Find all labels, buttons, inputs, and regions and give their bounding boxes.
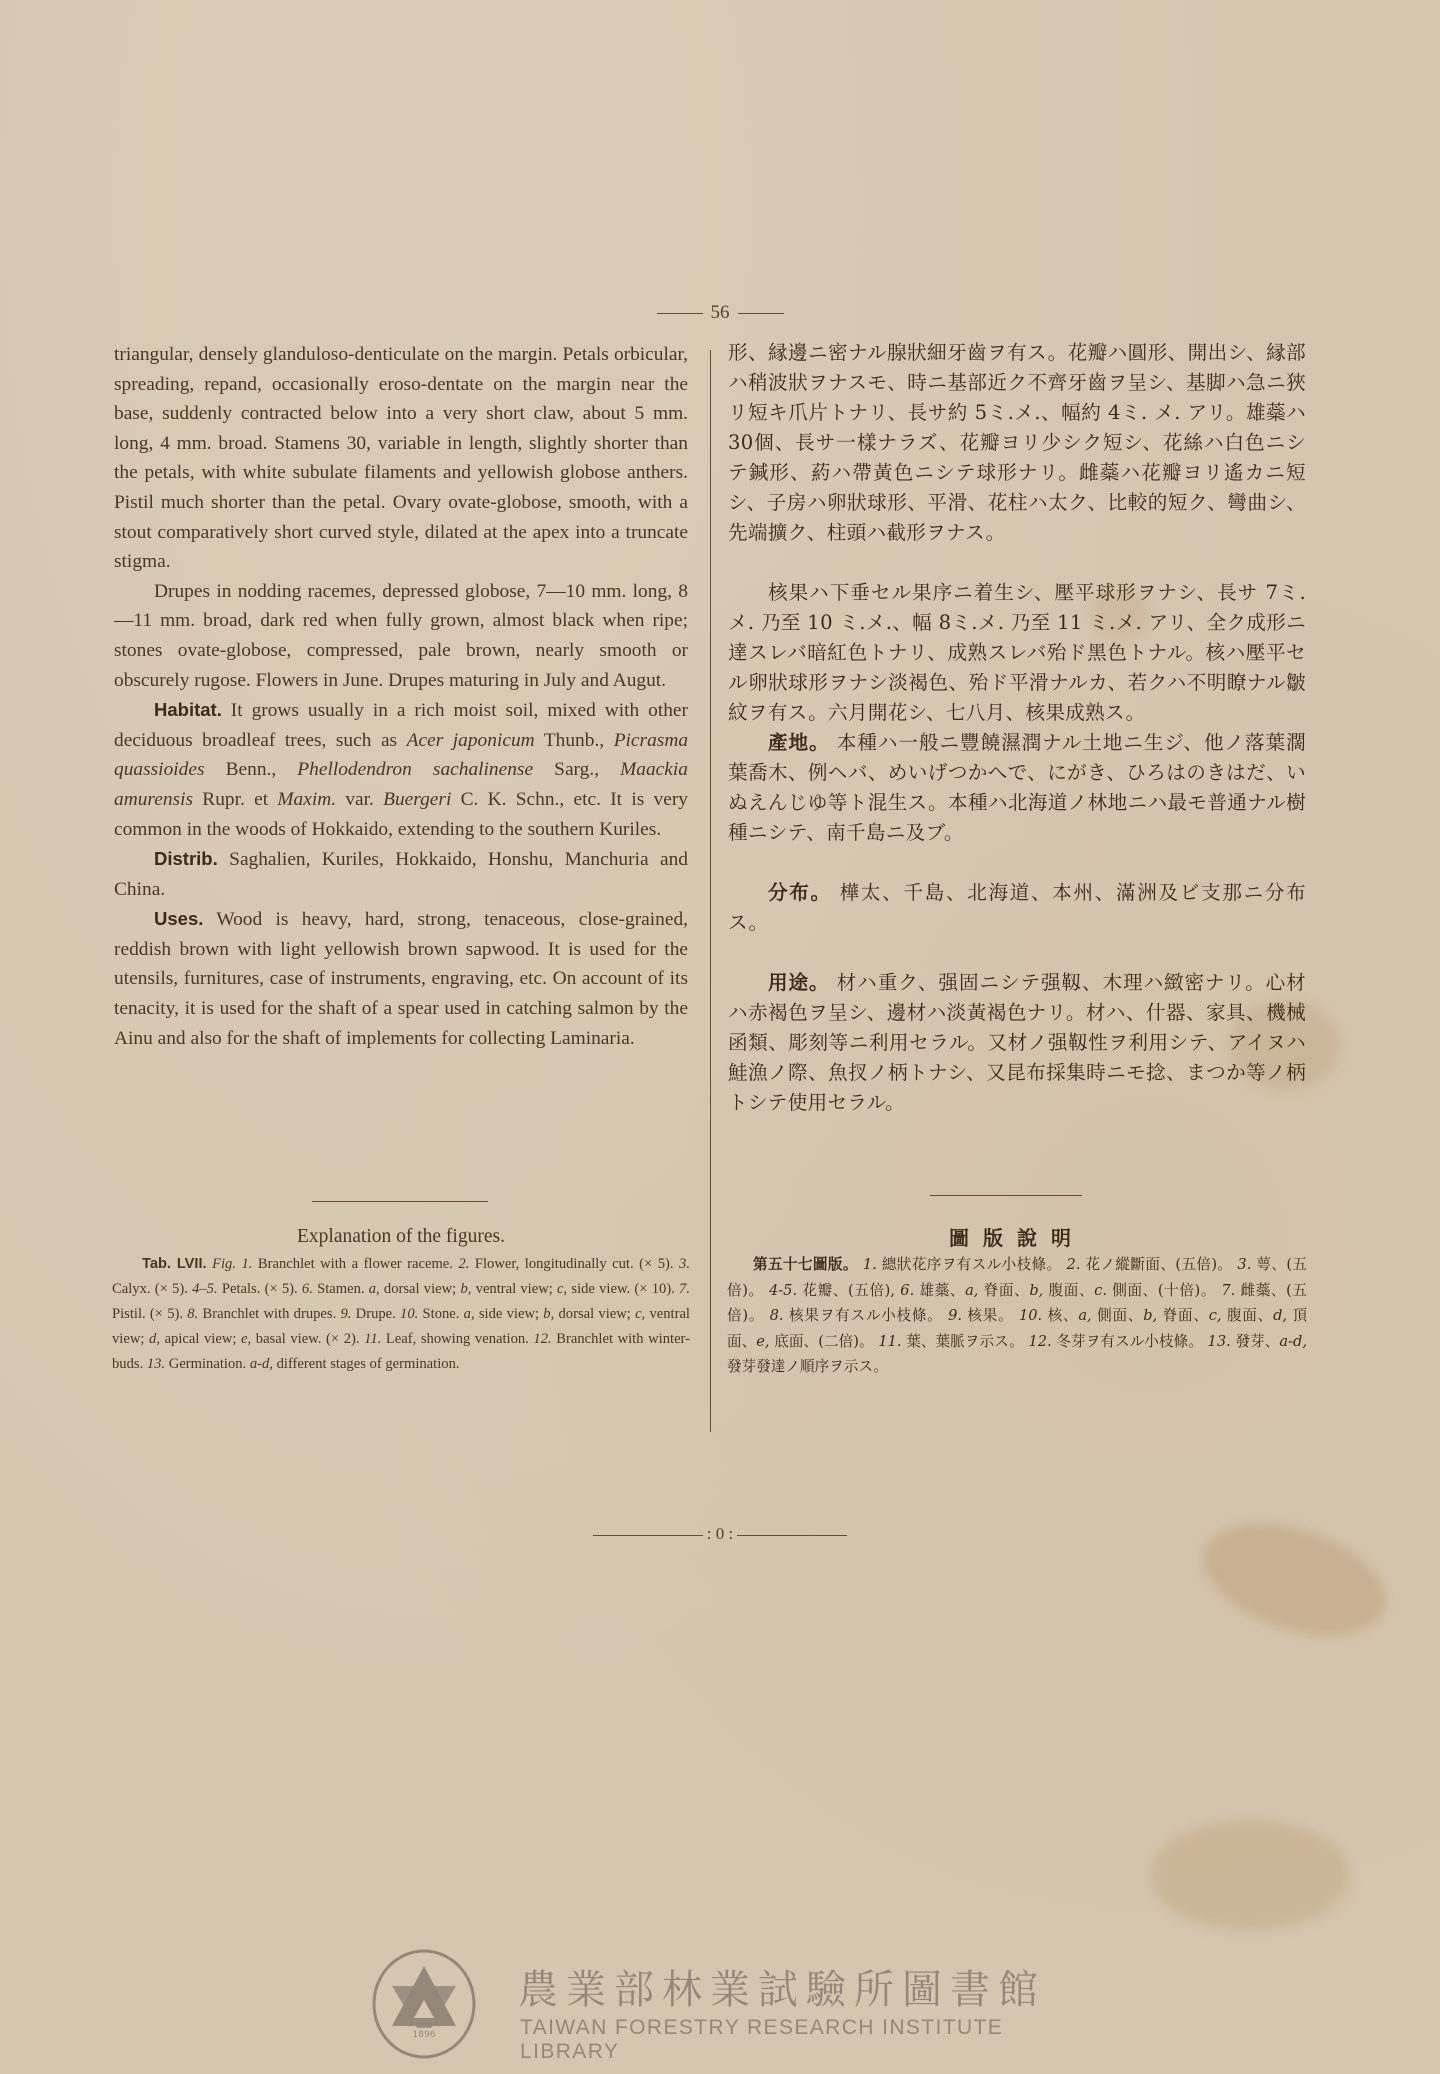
- italic-text: 9.: [948, 1307, 962, 1324]
- page-number-dash-left: [657, 313, 703, 314]
- body-text: Petals. (× 5).: [218, 1281, 302, 1297]
- italic-text: a-d,: [250, 1356, 273, 1372]
- body-text: var.: [336, 789, 383, 810]
- italic-text: c,: [1209, 1307, 1222, 1324]
- body-text: 脊面、: [1157, 1307, 1209, 1324]
- body-text: Branchlet with a flower raceme.: [252, 1256, 458, 1272]
- body-text: Leaf, showing venation.: [381, 1331, 533, 1347]
- body-text: Germination.: [165, 1356, 250, 1372]
- section-keyword: 用途。: [768, 971, 830, 994]
- italic-text: 11.: [364, 1331, 381, 1347]
- body-text: 形、縁邊ニ密ナル腺狀細牙齒ヲ有ス。花瓣ハ圓形、開出シ、縁部ハ稍波狀ヲナスモ、時ニ…: [728, 341, 1306, 544]
- body-text: 總狀花序ヲ有スル小枝條。: [877, 1256, 1067, 1273]
- body-text: Stone.: [418, 1306, 463, 1322]
- body-text: apical view;: [160, 1331, 241, 1347]
- italic-text: a,: [965, 1282, 978, 1299]
- italic-text: Fig. 1.: [212, 1256, 252, 1272]
- body-text: 側面、(十倍)。: [1107, 1282, 1221, 1299]
- svg-text:1896: 1896: [413, 2030, 436, 2040]
- end-mark-line-right: [737, 1535, 847, 1536]
- paragraph: Drupes in nodding racemes, depressed glo…: [114, 577, 688, 695]
- italic-text: 11.: [878, 1333, 901, 1350]
- body-text: ventral view;: [471, 1281, 557, 1297]
- body-text: 花ノ縱斷面、(五倍)。: [1080, 1256, 1237, 1273]
- body-text: different stages of germination.: [273, 1356, 460, 1372]
- end-mark: : 0 :: [0, 1524, 1440, 1544]
- italic-text: 13.: [147, 1356, 165, 1372]
- paragraph: 產地。 本種ハ一般ニ豐饒濕潤ナル土地ニ生ジ、他ノ落葉濶葉喬木、例ヘバ、めいげつか…: [728, 728, 1306, 848]
- italic-text: Maxim.: [277, 789, 336, 810]
- body-text: basal view. (× 2).: [251, 1331, 364, 1347]
- paragraph: triangular, densely glanduloso-denticula…: [114, 340, 688, 577]
- italic-text: 7.: [679, 1281, 690, 1297]
- body-text: 側面、: [1092, 1307, 1144, 1324]
- italic-text: 10.: [400, 1306, 418, 1322]
- body-text: 底面、(二倍)。: [770, 1333, 879, 1350]
- english-description-column: triangular, densely glanduloso-denticula…: [114, 340, 688, 1053]
- body-text: 發芽、: [1231, 1333, 1280, 1350]
- english-figures-explanation: Tab. LVII. Fig. 1. Branchlet with a flow…: [112, 1252, 690, 1377]
- italic-text: b,: [1143, 1307, 1157, 1324]
- japanese-section-rule: [930, 1195, 1082, 1196]
- italic-text: b,: [1029, 1282, 1043, 1299]
- section-keyword: 分布。: [768, 881, 832, 904]
- body-text: 冬芽ヲ有スル小枝條。: [1052, 1333, 1208, 1350]
- paragraph: 分布。 樺太、千島、北海道、本州、滿洲及ビ支那ニ分布ス。: [728, 878, 1306, 938]
- italic-text: d,: [1273, 1307, 1287, 1324]
- page-number-dash-right: [738, 313, 784, 314]
- section-keyword: Habitat.: [154, 699, 222, 720]
- body-text: triangular, densely glanduloso-denticula…: [114, 344, 688, 572]
- section-keyword: 產地。: [768, 731, 830, 754]
- paragraph: Uses. Wood is heavy, hard, strong, tenac…: [114, 904, 688, 1053]
- body-text: Drupe.: [351, 1306, 400, 1322]
- italic-text: 7.: [1221, 1282, 1235, 1299]
- body-text: Stamen.: [313, 1281, 369, 1297]
- japanese-description-column: 形、縁邊ニ密ナル腺狀細牙齒ヲ有ス。花瓣ハ圓形、開出シ、縁部ハ稍波狀ヲナスモ、時ニ…: [728, 338, 1306, 1118]
- italic-text: 9.: [340, 1306, 351, 1322]
- italic-text: 3.: [1237, 1256, 1251, 1273]
- library-watermark: 1896 農業部林業試驗所圖書館 TAIWAN FORESTRY RESEARC…: [368, 1948, 1088, 2058]
- body-text: Flower, longitudinally cut. (× 5).: [469, 1256, 679, 1272]
- italic-text: Buergeri: [383, 789, 451, 810]
- body-text: 花瓣、(五倍),: [797, 1282, 900, 1299]
- italic-text: c.: [1094, 1282, 1107, 1299]
- column-divider: [710, 350, 711, 1432]
- body-text: Rupr. et: [193, 789, 277, 810]
- body-text: 葉、葉脈ヲ示ス。: [902, 1333, 1029, 1350]
- body-text: dorsal view;: [380, 1281, 461, 1297]
- english-figures-title: Explanation of the figures.: [114, 1226, 688, 1248]
- body-text: 核果ハ下垂セル果序ニ着生シ、壓平球形ヲナシ、長サ 7ミ.メ. 乃至 10 ミ.メ…: [728, 581, 1306, 724]
- italic-text: 8.: [770, 1307, 784, 1324]
- italic-text: a-d,: [1279, 1333, 1307, 1350]
- section-keyword: 第五十七圖版。: [753, 1256, 858, 1273]
- italic-text: a,: [1078, 1307, 1091, 1324]
- italic-text: 1.: [863, 1256, 877, 1273]
- section-keyword: Uses.: [154, 908, 203, 929]
- body-text: 雄蘂、: [914, 1282, 965, 1299]
- paragraph: Habitat. It grows usually in a rich mois…: [114, 695, 688, 844]
- italic-text: 12.: [533, 1331, 551, 1347]
- body-text: Branchlet with drupes.: [198, 1306, 340, 1322]
- body-text: Drupes in nodding racemes, depressed glo…: [114, 581, 688, 691]
- paragraph: 形、縁邊ニ密ナル腺狀細牙齒ヲ有ス。花瓣ハ圓形、開出シ、縁部ハ稍波狀ヲナスモ、時ニ…: [728, 338, 1306, 548]
- paragraph: Distrib. Saghalien, Kuriles, Hokkaido, H…: [114, 844, 688, 904]
- body-text: Benn.,: [205, 759, 298, 780]
- watermark-title-chinese: 農業部林業試驗所圖書館: [518, 1958, 1046, 2015]
- italic-text: 3.: [679, 1256, 690, 1272]
- body-text: 核果。: [962, 1307, 1019, 1324]
- body-text: Pistil. (× 5).: [112, 1306, 187, 1322]
- paragraph: 用途。 材ハ重ク、强固ニシテ强靱、木理ハ緻密ナリ。心材ハ赤褐色ヲ呈シ、邊材ハ淡黃…: [728, 968, 1306, 1118]
- italic-text: b,: [543, 1306, 554, 1322]
- body-text: 脊面、: [978, 1282, 1029, 1299]
- italic-text: d,: [149, 1331, 160, 1347]
- italic-text: 12.: [1029, 1333, 1052, 1350]
- end-mark-line-left: [593, 1535, 703, 1536]
- english-section-rule: [312, 1201, 488, 1202]
- body-text: 發芽發達ノ順序ヲ示ス。: [727, 1358, 888, 1375]
- italic-text: a,: [369, 1281, 380, 1297]
- body-text: Calyx. (× 5).: [112, 1281, 192, 1297]
- body-text: 腹面、: [1222, 1307, 1274, 1324]
- body-text: 腹面、: [1043, 1282, 1094, 1299]
- italic-text: 2.: [458, 1256, 469, 1272]
- italic-text: 10.: [1019, 1307, 1042, 1324]
- body-text: side view. (× 10).: [567, 1281, 679, 1297]
- japanese-figures-explanation: 第五十七圖版。 1. 總狀花序ヲ有スル小枝條。 2. 花ノ縱斷面、(五倍)。 3…: [727, 1252, 1307, 1380]
- italic-text: c,: [635, 1306, 645, 1322]
- body-text: 核果ヲ有スル小枝條。: [784, 1307, 949, 1324]
- italic-text: a,: [464, 1306, 475, 1322]
- italic-text: e,: [241, 1331, 251, 1347]
- italic-text: 4-5.: [769, 1282, 797, 1299]
- section-keyword: Tab. LVII.: [142, 1256, 207, 1272]
- italic-text: c,: [557, 1281, 567, 1297]
- paragraph: 核果ハ下垂セル果序ニ着生シ、壓平球形ヲナシ、長サ 7ミ.メ. 乃至 10 ミ.メ…: [728, 578, 1306, 728]
- italic-text: 13.: [1208, 1333, 1231, 1350]
- body-text: Wood is heavy, hard, strong, tenaceous, …: [114, 909, 688, 1048]
- watermark-title-english: TAIWAN FORESTRY RESEARCH INSTITUTE LIBRA…: [520, 2016, 1088, 2064]
- italic-text: e,: [756, 1333, 769, 1350]
- section-keyword: Distrib.: [154, 848, 218, 869]
- body-text: side view;: [475, 1306, 544, 1322]
- italic-text: 6.: [900, 1282, 914, 1299]
- japanese-figures-title: 圖版說明: [728, 1222, 1306, 1251]
- end-mark-text: : 0 :: [707, 1524, 733, 1543]
- body-text: 核、: [1042, 1307, 1078, 1324]
- paper-stain: [1150, 1820, 1350, 1930]
- page-number: 56: [0, 302, 1440, 324]
- italic-text: 4–5.: [192, 1281, 218, 1297]
- body-text: Sarg.,: [533, 759, 620, 780]
- italic-text: 6.: [302, 1281, 313, 1297]
- italic-text: 2.: [1067, 1256, 1081, 1273]
- page-number-text: 56: [711, 302, 730, 323]
- italic-text: Phellodendron sachalinense: [297, 759, 533, 780]
- italic-text: 8.: [187, 1306, 198, 1322]
- italic-text: b,: [460, 1281, 471, 1297]
- body-text: Thunb.,: [535, 730, 614, 751]
- body-text: dorsal view;: [554, 1306, 635, 1322]
- triangle-star-emblem-icon: 1896: [368, 1948, 480, 2060]
- italic-text: Acer japonicum: [407, 730, 535, 751]
